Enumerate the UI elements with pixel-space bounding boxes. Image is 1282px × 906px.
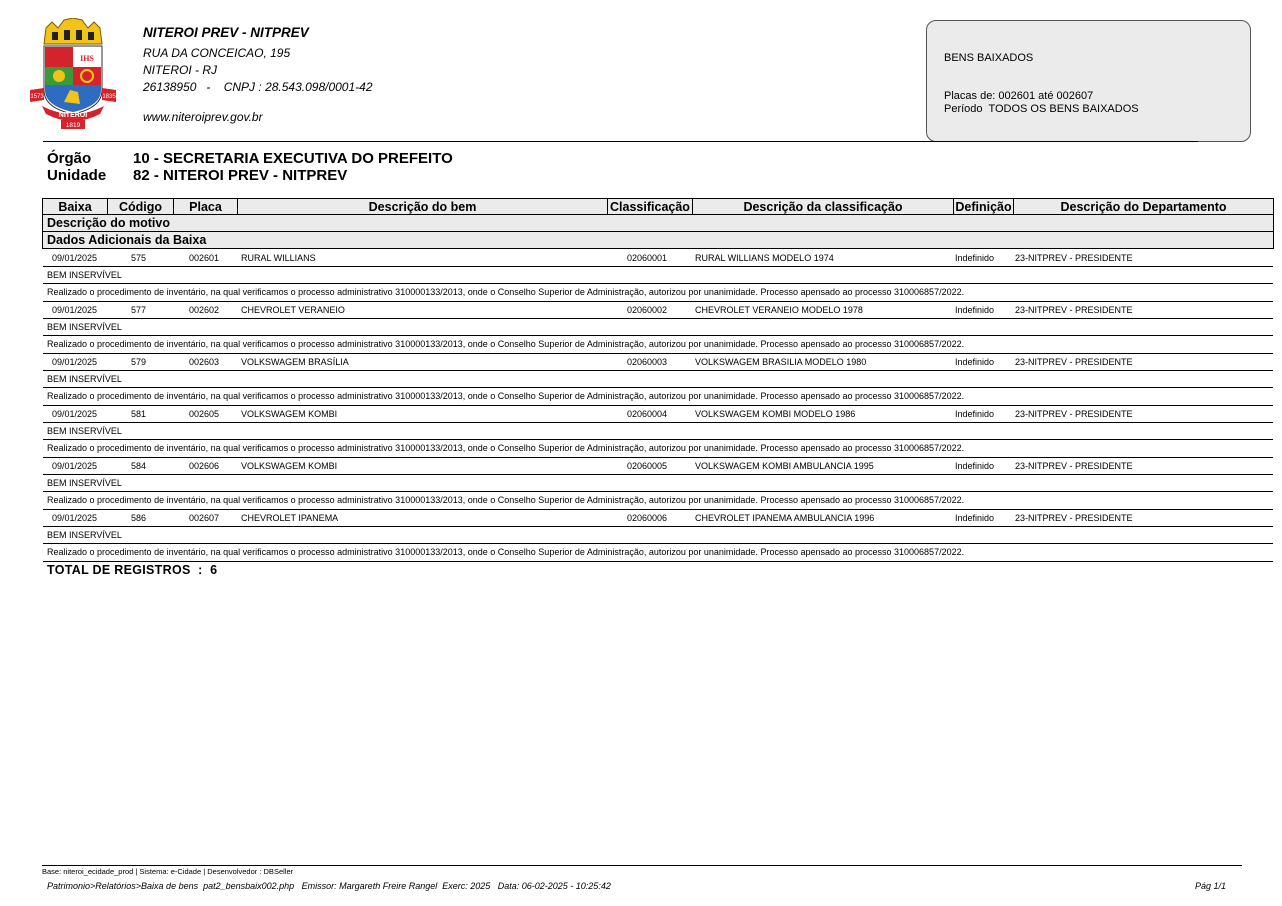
cell-classificacao: 02060004 xyxy=(627,406,695,422)
col-header-codigo: Código xyxy=(108,199,174,214)
col-header-departamento: Descrição do Departamento xyxy=(1014,199,1273,214)
sub-header-motivo: Descrição do motivo xyxy=(42,215,1274,232)
table-row: 09/01/2025 575 002601 RURAL WILLIANS 020… xyxy=(43,250,1273,302)
cell-baixa: 09/01/2025 xyxy=(43,406,131,422)
cell-baixa: 09/01/2025 xyxy=(43,510,131,526)
cell-descricao: CHEVROLET VERANEIO xyxy=(241,302,627,318)
cell-dados-adicionais: Realizado o procedimento de inventário, … xyxy=(43,284,1273,302)
cell-codigo: 577 xyxy=(131,302,189,318)
cell-motivo: BEM INSERVÍVEL xyxy=(43,371,1273,388)
cell-classificacao: 02060006 xyxy=(627,510,695,526)
table-row: 09/01/2025 579 002603 VOLKSWAGEM BRASÍLI… xyxy=(43,354,1273,406)
cell-classificacao: 02060002 xyxy=(627,302,695,318)
cell-placa: 002605 xyxy=(189,406,241,422)
cell-definicao: Indefinido xyxy=(955,250,1015,266)
cell-baixa: 09/01/2025 xyxy=(43,302,131,318)
table-header: Baixa Código Placa Descrição do bem Clas… xyxy=(42,198,1274,249)
svg-text:1573: 1573 xyxy=(30,94,44,100)
col-header-definicao: Definição xyxy=(954,199,1014,214)
org-unit-block: Órgão 10 - SECRETARIA EXECUTIVA DO PREFE… xyxy=(47,150,453,184)
table-row: 09/01/2025 577 002602 CHEVROLET VERANEIO… xyxy=(43,302,1273,354)
cell-descricao-classificacao: CHEVROLET IPANEMA AMBULANCIA 1996 xyxy=(695,510,955,526)
cell-descricao-classificacao: CHEVROLET VERANEIO MODELO 1978 xyxy=(695,302,955,318)
org-cep-cnpj: 26138950 - CNPJ : 28.543.098/0001-42 xyxy=(143,79,373,96)
header-divider xyxy=(43,141,1198,142)
cell-definicao: Indefinido xyxy=(955,510,1015,526)
cell-codigo: 584 xyxy=(131,458,189,474)
col-header-descricao-classificacao: Descrição da classificação xyxy=(693,199,954,214)
report-plate-range: Placas de: 002601 até 002607 xyxy=(944,90,1093,102)
orgao-label: Órgão xyxy=(47,150,133,167)
cell-placa: 002607 xyxy=(189,510,241,526)
cell-descricao: VOLKSWAGEM KOMBI xyxy=(241,406,627,422)
cell-departamento: 23-NITPREV - PRESIDENTE xyxy=(1015,354,1273,370)
cell-classificacao: 02060001 xyxy=(627,250,695,266)
cell-descricao-classificacao: VOLKSWAGEM KOMBI AMBULANCIA 1995 xyxy=(695,458,955,474)
cell-placa: 002606 xyxy=(189,458,241,474)
cell-departamento: 23-NITPREV - PRESIDENTE xyxy=(1015,510,1273,526)
records-list: 09/01/2025 575 002601 RURAL WILLIANS 020… xyxy=(43,250,1273,562)
cell-definicao: Indefinido xyxy=(955,354,1015,370)
table-row: 09/01/2025 581 002605 VOLKSWAGEM KOMBI 0… xyxy=(43,406,1273,458)
cell-codigo: 579 xyxy=(131,354,189,370)
cell-dados-adicionais: Realizado o procedimento de inventário, … xyxy=(43,388,1273,406)
total-records: TOTAL DE REGISTROS : 6 xyxy=(47,563,217,577)
cell-dados-adicionais: Realizado o procedimento de inventário, … xyxy=(43,492,1273,510)
cell-placa: 002602 xyxy=(189,302,241,318)
cell-classificacao: 02060005 xyxy=(627,458,695,474)
footer-divider xyxy=(42,865,1242,866)
org-website: www.niteroiprev.gov.br xyxy=(143,109,373,126)
report-period: Período TODOS OS BENS BAIXADOS xyxy=(944,103,1139,115)
cell-descricao: VOLKSWAGEM BRASÍLIA xyxy=(241,354,627,370)
cell-definicao: Indefinido xyxy=(955,406,1015,422)
cell-descricao: CHEVROLET IPANEMA xyxy=(241,510,627,526)
org-name: NITEROI PREV - NITPREV xyxy=(143,24,373,41)
cell-definicao: Indefinido xyxy=(955,458,1015,474)
cell-dados-adicionais: Realizado o procedimento de inventário, … xyxy=(43,544,1273,562)
cell-baixa: 09/01/2025 xyxy=(43,250,131,266)
organization-info: NITEROI PREV - NITPREV RUA DA CONCEICAO,… xyxy=(143,24,373,126)
cell-descricao-classificacao: RURAL WILLIANS MODELO 1974 xyxy=(695,250,955,266)
city-coat-of-arms-icon: IHS 1573 1835 NITEROI 1819 xyxy=(28,18,118,130)
orgao-value: 10 - SECRETARIA EXECUTIVA DO PREFEITO xyxy=(133,150,453,167)
table-row: 09/01/2025 586 002607 CHEVROLET IPANEMA … xyxy=(43,510,1273,562)
report-info-box: BENS BAIXADOS Placas de: 002601 até 0026… xyxy=(926,20,1251,142)
footer-system-info: Base: niteroi_ecidade_prod | Sistema: e-… xyxy=(42,867,293,876)
cell-classificacao: 02060003 xyxy=(627,354,695,370)
col-header-baixa: Baixa xyxy=(43,199,108,214)
cell-baixa: 09/01/2025 xyxy=(43,458,131,474)
org-address: RUA DA CONCEICAO, 195 xyxy=(143,45,373,62)
svg-text:1819: 1819 xyxy=(66,122,81,129)
cell-codigo: 586 xyxy=(131,510,189,526)
cell-departamento: 23-NITPREV - PRESIDENTE xyxy=(1015,302,1273,318)
report-title: BENS BAIXADOS xyxy=(944,52,1033,64)
cell-descricao-classificacao: VOLKSWAGEM BRASILIA MODELO 1980 xyxy=(695,354,955,370)
cell-departamento: 23-NITPREV - PRESIDENTE xyxy=(1015,250,1273,266)
svg-text:NITEROI: NITEROI xyxy=(59,112,87,119)
col-header-descricao-bem: Descrição do bem xyxy=(238,199,608,214)
cell-departamento: 23-NITPREV - PRESIDENTE xyxy=(1015,406,1273,422)
cell-codigo: 581 xyxy=(131,406,189,422)
cell-motivo: BEM INSERVÍVEL xyxy=(43,423,1273,440)
unidade-label: Unidade xyxy=(47,167,133,184)
cell-departamento: 23-NITPREV - PRESIDENTE xyxy=(1015,458,1273,474)
coat-of-arms-logo: IHS 1573 1835 NITEROI 1819 xyxy=(28,18,118,130)
cell-motivo: BEM INSERVÍVEL xyxy=(43,319,1273,336)
col-header-classificacao: Classificação xyxy=(608,199,693,214)
cell-motivo: BEM INSERVÍVEL xyxy=(43,475,1273,492)
unidade-value: 82 - NITEROI PREV - NITPREV xyxy=(133,167,347,184)
svg-text:1835: 1835 xyxy=(102,94,116,100)
cell-placa: 002601 xyxy=(189,250,241,266)
page-number: Pág 1/1 xyxy=(1195,881,1226,891)
cell-descricao-classificacao: VOLKSWAGEM KOMBI MODELO 1986 xyxy=(695,406,955,422)
org-city: NITEROI - RJ xyxy=(143,62,373,79)
col-header-placa: Placa xyxy=(174,199,238,214)
cell-baixa: 09/01/2025 xyxy=(43,354,131,370)
cell-motivo: BEM INSERVÍVEL xyxy=(43,267,1273,284)
cell-motivo: BEM INSERVÍVEL xyxy=(43,527,1273,544)
cell-placa: 002603 xyxy=(189,354,241,370)
sub-header-dados-adicionais: Dados Adicionais da Baixa xyxy=(42,232,1274,249)
svg-text:IHS: IHS xyxy=(80,54,94,63)
table-row: 09/01/2025 584 002606 VOLKSWAGEM KOMBI 0… xyxy=(43,458,1273,510)
footer-report-path: Patrimonio>Relatórios>Baixa de bens pat2… xyxy=(47,881,611,891)
cell-descricao: RURAL WILLIANS xyxy=(241,250,627,266)
cell-codigo: 575 xyxy=(131,250,189,266)
cell-definicao: Indefinido xyxy=(955,302,1015,318)
cell-dados-adicionais: Realizado o procedimento de inventário, … xyxy=(43,440,1273,458)
cell-dados-adicionais: Realizado o procedimento de inventário, … xyxy=(43,336,1273,354)
cell-descricao: VOLKSWAGEM KOMBI xyxy=(241,458,627,474)
